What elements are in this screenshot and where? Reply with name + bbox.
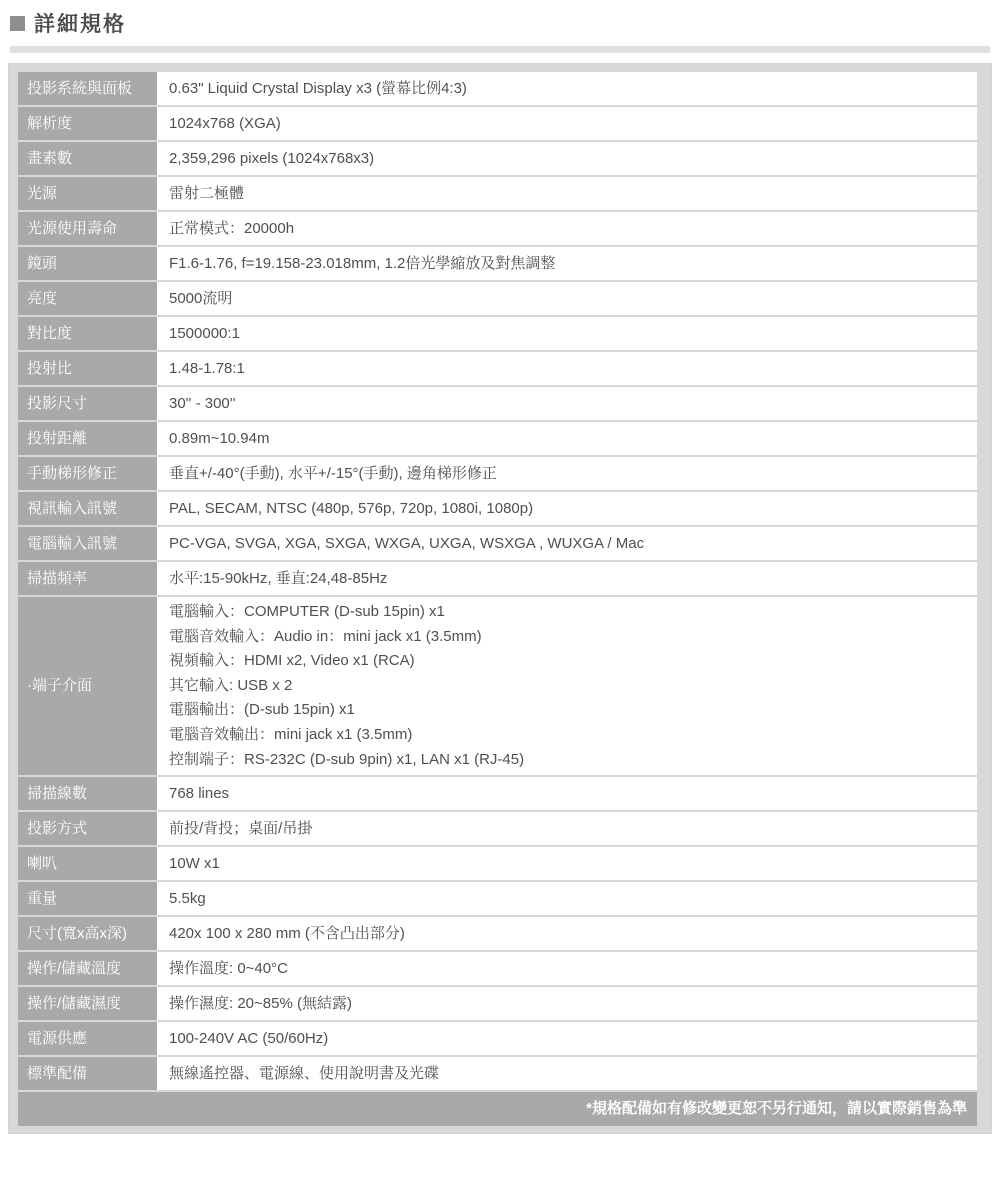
spec-value-line: 垂直+/-40°(手動), 水平+/-15°(手動), 邊角梯形修正 [169,463,967,484]
spec-value: 5000流明 [157,282,977,315]
spec-value-line: 1024x768 (XGA) [169,113,967,134]
spec-value-line: 30'' - 300'' [169,393,967,414]
spec-value-line: PAL, SECAM, NTSC (480p, 576p, 720p, 1080… [169,498,967,519]
spec-value: PAL, SECAM, NTSC (480p, 576p, 720p, 1080… [157,492,977,525]
spec-value-line: 10W x1 [169,853,967,874]
section-square-icon [10,16,25,31]
spec-label: 電源供應 [18,1022,157,1055]
spec-value: 1500000:1 [157,317,977,350]
page-title: 詳細規格 [34,8,126,38]
spec-value: 操作溫度: 0~40°C [157,952,977,985]
spec-row: 鏡頭 F1.6-1.76, f=19.158-23.018mm, 1.2倍光學縮… [18,247,977,280]
spec-value: F1.6-1.76, f=19.158-23.018mm, 1.2倍光學縮放及對… [157,247,977,280]
spec-label: 掃描線數 [18,777,157,810]
spec-row: 操作/儲藏濕度 操作濕度: 20~85% (無結露) [18,987,977,1020]
spec-value-line: 電腦輸出：(D-sub 15pin) x1 [169,698,967,723]
section-header: 詳細規格 [0,0,1000,42]
spec-value-line: 電腦音效輸入：Audio in：mini jack x1 (3.5mm) [169,625,967,650]
spec-row: 電腦輸入訊號 PC-VGA, SVGA, XGA, SXGA, WXGA, UX… [18,527,977,560]
spec-row: 光源使用壽命 正常模式：20000h [18,212,977,245]
spec-row: 投影尺寸 30'' - 300'' [18,387,977,420]
spec-table-body: 投影系統與面板 0.63" Liquid Crystal Display x3 … [18,72,977,1090]
spec-value-line: PC-VGA, SVGA, XGA, SXGA, WXGA, UXGA, WSX… [169,533,967,554]
spec-value-line: 操作濕度: 20~85% (無結露) [169,993,967,1014]
spec-row: 電源供應 100-240V AC (50/60Hz) [18,1022,977,1055]
spec-value: 垂直+/-40°(手動), 水平+/-15°(手動), 邊角梯形修正 [157,457,977,490]
spec-label: 光源使用壽命 [18,212,157,245]
spec-value: 768 lines [157,777,977,810]
spec-value: 1.48-1.78:1 [157,352,977,385]
spec-value: 電腦輸入：COMPUTER (D-sub 15pin) x1電腦音效輸入：Aud… [157,597,977,775]
spec-value-line: 0.89m~10.94m [169,428,967,449]
spec-row: 標準配備 無線遙控器、電源線、使用說明書及光碟 [18,1057,977,1090]
spec-label: 光源 [18,177,157,210]
spec-label: 操作/儲藏溫度 [18,952,157,985]
spec-label: 重量 [18,882,157,915]
spec-value: PC-VGA, SVGA, XGA, SXGA, WXGA, UXGA, WSX… [157,527,977,560]
spec-label: 畫素數 [18,142,157,175]
spec-value-line: 768 lines [169,783,967,804]
spec-row: 投射距離 0.89m~10.94m [18,422,977,455]
spec-label: ·端子介面 [18,597,157,775]
spec-value-line: 視頻輸入：HDMI x2, Video x1 (RCA) [169,649,967,674]
header-divider [10,46,990,53]
spec-value: 10W x1 [157,847,977,880]
spec-label: 投射距離 [18,422,157,455]
spec-value-line: 5000流明 [169,288,967,309]
spec-value: 水平:15-90kHz, 垂直:24,48-85Hz [157,562,977,595]
spec-value-line: 前投/背投；桌面/吊掛 [169,818,967,839]
spec-row: 投影系統與面板 0.63" Liquid Crystal Display x3 … [18,72,977,105]
spec-label: 尺寸(寬x高x深) [18,917,157,950]
spec-footnote: *規格配備如有修改變更恕不另行通知，請以實際銷售為準 [18,1092,977,1126]
spec-row: 投影方式 前投/背投；桌面/吊掛 [18,812,977,845]
spec-value: 前投/背投；桌面/吊掛 [157,812,977,845]
spec-label: 視訊輸入訊號 [18,492,157,525]
spec-value-line: 操作溫度: 0~40°C [169,958,967,979]
spec-row: 喇叭 10W x1 [18,847,977,880]
spec-value-line: 控制端子：RS-232C (D-sub 9pin) x1, LAN x1 (RJ… [169,748,967,773]
spec-value-line: 2,359,296 pixels (1024x768x3) [169,148,967,169]
spec-value: 雷射二極體 [157,177,977,210]
spec-label: 鏡頭 [18,247,157,280]
spec-table: 投影系統與面板 0.63" Liquid Crystal Display x3 … [8,63,992,1134]
spec-value-line: 0.63" Liquid Crystal Display x3 (螢幕比例4:3… [169,78,967,99]
spec-row: 掃描線數 768 lines [18,777,977,810]
spec-label: 掃描頻率 [18,562,157,595]
spec-value: 1024x768 (XGA) [157,107,977,140]
spec-value-line: 100-240V AC (50/60Hz) [169,1028,967,1049]
spec-label: 手動梯形修正 [18,457,157,490]
spec-value: 5.5kg [157,882,977,915]
spec-label: 投影方式 [18,812,157,845]
spec-row: 投射比 1.48-1.78:1 [18,352,977,385]
spec-value-line: 1.48-1.78:1 [169,358,967,379]
spec-row: 畫素數 2,359,296 pixels (1024x768x3) [18,142,977,175]
spec-row: 解析度 1024x768 (XGA) [18,107,977,140]
spec-value-line: 其它輸入: USB x 2 [169,674,967,699]
spec-row: 尺寸(寬x高x深) 420x 100 x 280 mm (不含凸出部分) [18,917,977,950]
spec-value-line: 1500000:1 [169,323,967,344]
spec-value: 2,359,296 pixels (1024x768x3) [157,142,977,175]
spec-row: 操作/儲藏溫度 操作溫度: 0~40°C [18,952,977,985]
spec-value: 操作濕度: 20~85% (無結露) [157,987,977,1020]
spec-label: 喇叭 [18,847,157,880]
spec-value-line: 電腦輸入：COMPUTER (D-sub 15pin) x1 [169,600,967,625]
spec-row: 重量 5.5kg [18,882,977,915]
spec-label: 標準配備 [18,1057,157,1090]
spec-value: 420x 100 x 280 mm (不含凸出部分) [157,917,977,950]
spec-value: 0.89m~10.94m [157,422,977,455]
spec-value-line: 5.5kg [169,888,967,909]
spec-page: 詳細規格 投影系統與面板 0.63" Liquid Crystal Displa… [0,0,1000,1185]
spec-label: 電腦輸入訊號 [18,527,157,560]
spec-value: 正常模式：20000h [157,212,977,245]
spec-row: 對比度 1500000:1 [18,317,977,350]
spec-row: 視訊輸入訊號 PAL, SECAM, NTSC (480p, 576p, 720… [18,492,977,525]
spec-value-line: 電腦音效輸出：mini jack x1 (3.5mm) [169,723,967,748]
spec-row: 亮度 5000流明 [18,282,977,315]
spec-label: 解析度 [18,107,157,140]
spec-value: 100-240V AC (50/60Hz) [157,1022,977,1055]
spec-value-line: 雷射二極體 [169,183,967,204]
spec-value-line: 無線遙控器、電源線、使用說明書及光碟 [169,1063,967,1084]
spec-value: 30'' - 300'' [157,387,977,420]
spec-label: 操作/儲藏濕度 [18,987,157,1020]
spec-row: ·端子介面 電腦輸入：COMPUTER (D-sub 15pin) x1電腦音效… [18,597,977,775]
spec-value-line: 420x 100 x 280 mm (不含凸出部分) [169,923,967,944]
spec-row: 光源 雷射二極體 [18,177,977,210]
spec-value-line: F1.6-1.76, f=19.158-23.018mm, 1.2倍光學縮放及對… [169,253,967,274]
spec-label: 對比度 [18,317,157,350]
spec-row: 手動梯形修正 垂直+/-40°(手動), 水平+/-15°(手動), 邊角梯形修… [18,457,977,490]
spec-label: 投影尺寸 [18,387,157,420]
spec-label: 亮度 [18,282,157,315]
spec-value-line: 水平:15-90kHz, 垂直:24,48-85Hz [169,568,967,589]
spec-label: 投射比 [18,352,157,385]
spec-value: 無線遙控器、電源線、使用說明書及光碟 [157,1057,977,1090]
spec-row: 掃描頻率 水平:15-90kHz, 垂直:24,48-85Hz [18,562,977,595]
spec-value: 0.63" Liquid Crystal Display x3 (螢幕比例4:3… [157,72,977,105]
spec-label: 投影系統與面板 [18,72,157,105]
spec-value-line: 正常模式：20000h [169,218,967,239]
